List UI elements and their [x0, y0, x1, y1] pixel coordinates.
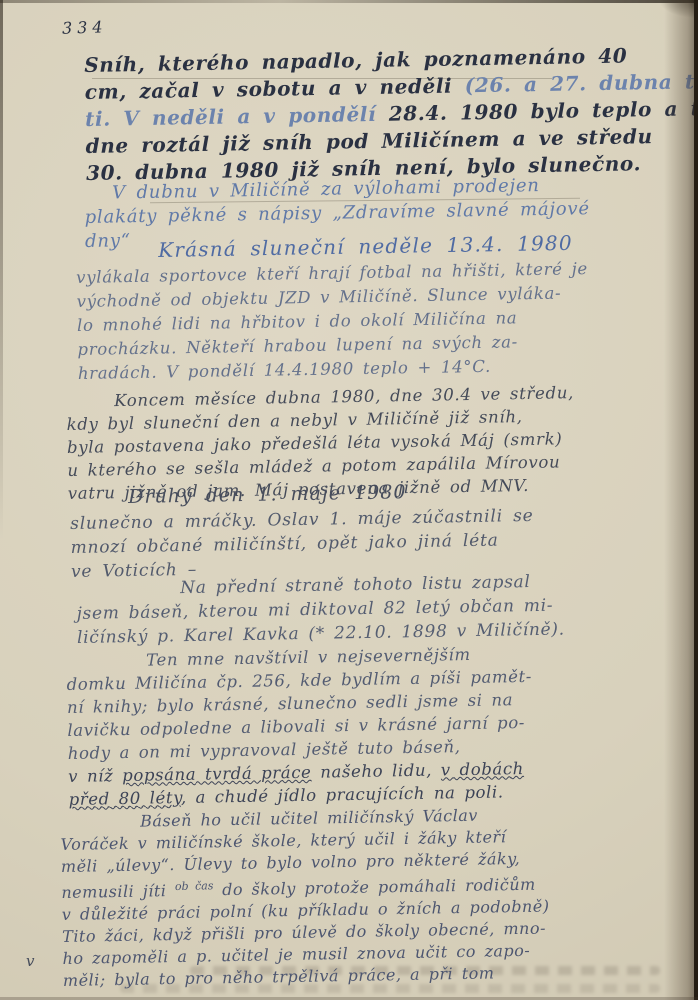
underlined-segment: v dobách — [441, 759, 524, 779]
text-segment: 28.4. 1980 bylo teplo a toho — [389, 96, 698, 126]
text-segment-light: (26. a 27. dubna tá- — [465, 69, 698, 97]
paragraph-snow-report: Sníh, kterého napadlo, jak poznamenáno 4… — [84, 41, 698, 187]
photo-edge-top — [0, 0, 698, 3]
chronicle-page-photo: 334 Sníh, kterého napadlo, jak poznamená… — [0, 0, 698, 1000]
photo-edge-right — [694, 0, 698, 1000]
underlined-segment: popsána tvrdá práce — [122, 763, 312, 785]
inserted-word-above-line: ob čas — [175, 879, 214, 893]
text-segment: do školy protože pomáhali rodičům — [222, 875, 536, 899]
text-segment: , a chudé jídlo pracujících na poli. — [181, 782, 504, 807]
paragraph-visit-kavka: Ten mne navštívil v nejsevernějším domku… — [66, 642, 534, 811]
photo-edge-left — [0, 0, 3, 540]
handwritten-heading: Druhý den 1. máje 1980 — [128, 481, 407, 508]
page-curve-shadow — [664, 0, 698, 1000]
paragraph-sportsmen: vylákala sportovce kteří hrají fotbal na… — [76, 257, 590, 386]
margin-check-mark: v — [26, 952, 34, 970]
page-number: 334 — [62, 17, 108, 38]
heading-first-may: Druhý den 1. máje 1980 — [128, 481, 407, 508]
underlined-segment: před 80 léty — [68, 788, 181, 809]
text-segment: v níž — [68, 766, 122, 786]
text-segment: nemusili jíti — [61, 881, 175, 902]
text-segment-light: ti. V neděli a v pondělí — [85, 102, 389, 131]
text-segment: našeho lidu, — [311, 760, 441, 781]
paragraph-poem-dictated: Na přední straně tohoto listu zapsal jse… — [76, 569, 565, 650]
paragraph-school-relief: Báseň ho učil učitel miličínský Václav V… — [60, 803, 551, 991]
